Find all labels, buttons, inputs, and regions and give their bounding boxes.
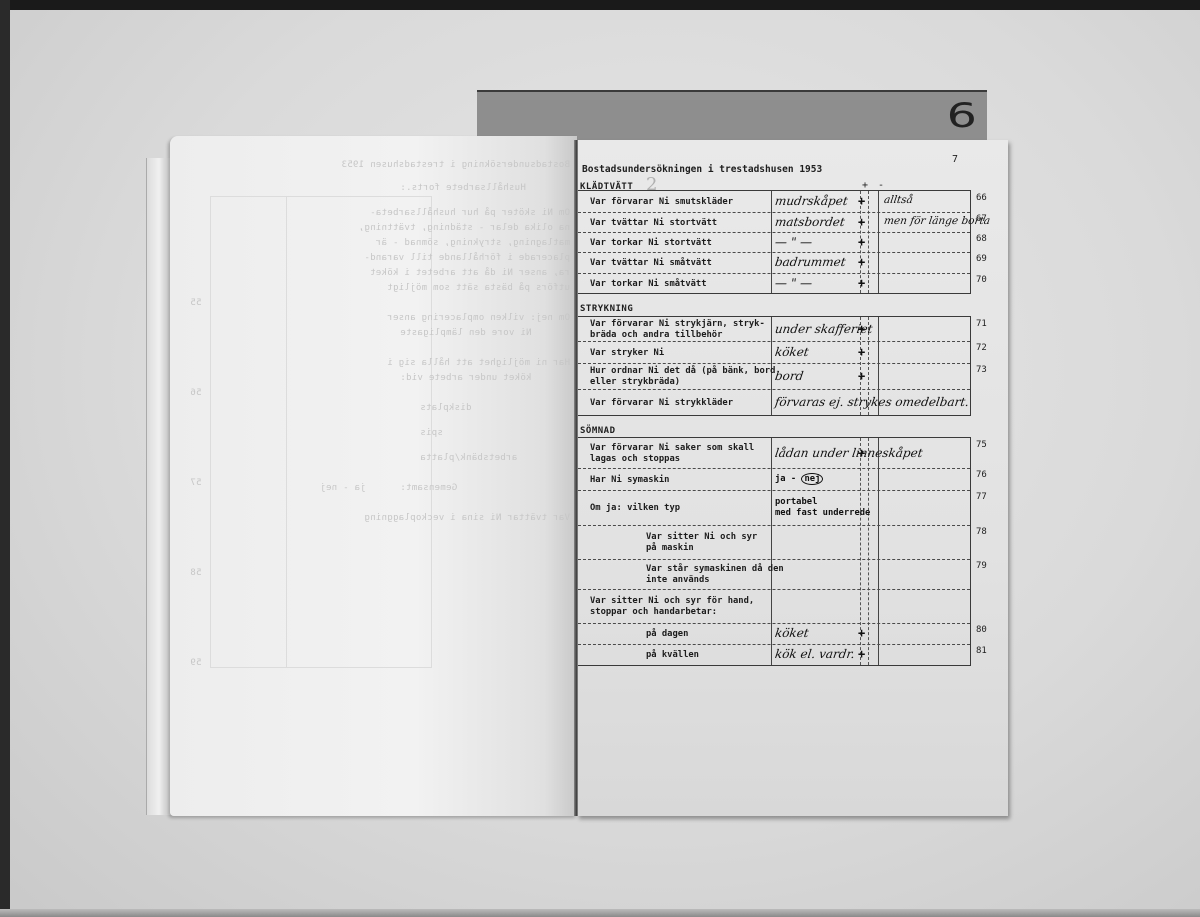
ghost-line: Hushållsarbete forts.: — [400, 181, 570, 196]
form-row: Var förvarar Ni saker som skall lagas oc… — [578, 438, 970, 469]
plus-mark: + — [858, 446, 865, 460]
question-text: Var sitter Ni och syr på maskin — [646, 532, 757, 554]
row-number: 79 — [976, 561, 987, 571]
handwritten-answer: — " — — [774, 235, 813, 249]
form-row: på dagenköket+80 — [578, 623, 970, 645]
typed-answer: ja - nej — [775, 474, 823, 485]
form-table: Var förvarar Ni smutsklädermudrskåpet+al… — [578, 190, 971, 294]
plus-mark: + — [858, 276, 865, 290]
row-number: 68 — [976, 234, 987, 244]
ghost-row-number: 57 — [190, 476, 201, 491]
form-row: på kvällenkök el. vardr.+81 — [578, 644, 970, 665]
form-row: Var förvarar Ni strykkläderförvaras ej. … — [578, 389, 970, 415]
ghost-table-column — [210, 196, 287, 668]
handwritten-remark: alltså — [883, 194, 914, 206]
ghost-line: Om nej: vilken omplacering anser — [400, 311, 570, 326]
negative-plate-edge-left — [0, 0, 10, 917]
page-number: 7 — [952, 154, 958, 165]
question-text: Var förvarar Ni saker som skall lagas oc… — [590, 443, 754, 465]
row-number: 66 — [976, 193, 987, 203]
row-number: 73 — [976, 365, 987, 375]
form-row: Var förvarar Ni smutsklädermudrskåpet+al… — [578, 191, 970, 213]
handwritten-answer: köket — [774, 345, 810, 359]
handwritten-answer: förvaras ej. strykes omedelbart. — [774, 395, 970, 409]
plus-mark: + — [858, 647, 865, 661]
question-text: Var tvättar Ni stortvätt — [590, 218, 717, 229]
circled-answer: nej — [801, 473, 823, 485]
handwritten-answer: köket — [774, 626, 810, 640]
ghost-line: matlagning, strykning, sömnad - är — [400, 236, 570, 251]
ghost-line: spis — [420, 426, 590, 441]
plus-mark: + — [858, 194, 865, 208]
handwritten-answer: lådan under linneskåpet — [774, 446, 924, 460]
question-text: Hur ordnar Ni det då (på bänk, bord elle… — [590, 366, 775, 388]
ghost-row-number: 56 — [190, 386, 201, 401]
question-text: på kvällen — [646, 650, 699, 661]
form-table: Var förvarar Ni strykjärn, stryk- bräda … — [578, 316, 971, 416]
form-row: Var torkar Ni småtvätt— " —+70 — [578, 273, 970, 293]
ghost-line: ra, anser Ni då att arbetet i köket — [400, 266, 570, 281]
question-text: Har Ni symaskin — [590, 475, 669, 486]
ghost-row-number: 55 — [190, 296, 201, 311]
form-row: Om ja: vilken typportabel med fast under… — [578, 490, 970, 526]
plus-mark: + — [858, 369, 865, 383]
question-text: Var förvarar Ni strykjärn, stryk- bräda … — [590, 319, 765, 341]
handwritten-answer: badrummet — [774, 255, 847, 269]
plus-mark: + — [858, 322, 865, 336]
row-number: 69 — [976, 254, 987, 264]
question-text: Var står symaskinen då den inte används — [646, 564, 784, 586]
form-row: Var tvättar Ni småtvättbadrummet+69 — [578, 252, 970, 274]
handwritten-answer: bord — [774, 369, 804, 383]
question-text: Var förvarar Ni strykkläder — [590, 398, 733, 409]
question-text: Var förvarar Ni smutskläder — [590, 197, 733, 208]
form-table: Var förvarar Ni saker som skall lagas oc… — [578, 437, 971, 666]
section-title: SÖMNAD — [580, 426, 616, 436]
handwritten-answer: — " — — [774, 276, 813, 290]
negative-plate-edge-top — [0, 0, 1200, 10]
ghost-line: arbetsbänk/platta — [420, 451, 590, 466]
ghost-line: Bostadsundersökning i trestadshusen 1953 — [400, 158, 570, 173]
row-number: 80 — [976, 625, 987, 635]
ghost-line: Gemensamt: — [400, 481, 570, 496]
ghost-line: diskplats — [420, 401, 590, 416]
right-page: 7 Bostadsundersökningen i trestadshusen … — [577, 140, 1008, 816]
question-text: på dagen — [646, 629, 688, 640]
question-text: Var torkar Ni småtvätt — [590, 279, 707, 290]
ghost-line: köket under arbete vid: — [400, 371, 570, 386]
plus-mark: + — [858, 626, 865, 640]
row-number: 81 — [976, 646, 987, 656]
plus-mark: + — [858, 215, 865, 229]
handwritten-answer: matsbordet — [774, 215, 846, 229]
row-number: 77 — [976, 492, 987, 502]
plus-mark: + — [858, 255, 865, 269]
ghost-answer: ja - nej — [320, 481, 366, 496]
ghost-line: placerade i förhållande till varand- — [400, 251, 570, 266]
row-number: 72 — [976, 343, 987, 353]
handwritten-remark: men för länge borta — [883, 215, 991, 227]
row-number: 70 — [976, 275, 987, 285]
question-text: Om ja: vilken typ — [590, 503, 680, 514]
form-row: Var tvättar Ni stortvättmatsbordet+men f… — [578, 212, 970, 233]
form-row: Var förvarar Ni strykjärn, stryk- bräda … — [578, 317, 970, 342]
question-text: Var tvättar Ni småtvätt — [590, 258, 712, 269]
section-title: STRYKNING — [580, 304, 633, 314]
form-row: Hur ordnar Ni det då (på bänk, bord elle… — [578, 363, 970, 390]
question-text: Var torkar Ni stortvätt — [590, 238, 712, 249]
form-row: Har Ni symaskinja - nej76 — [578, 468, 970, 491]
question-text: Var sitter Ni och syr för hand, stoppar … — [590, 596, 754, 618]
form-row: Var stryker Niköket+72 — [578, 341, 970, 364]
left-page: Bostadsundersökning i trestadshusen 1953… — [170, 136, 577, 816]
row-number: 71 — [976, 319, 987, 329]
form-row: Var sitter Ni och syr för hand, stoppar … — [578, 589, 970, 624]
row-number: 78 — [976, 527, 987, 537]
ghost-line: Ni vore den lämpligaste — [400, 326, 570, 341]
form-row: Var står symaskinen då den inte används7… — [578, 559, 970, 590]
plus-mark: + — [858, 345, 865, 359]
question-text: Var stryker Ni — [590, 348, 664, 359]
ghost-line: na olika delar - städning, tvättning, — [400, 221, 570, 236]
row-number: 67 — [976, 214, 987, 224]
handwritten-answer: kök el. vardr. — [774, 647, 856, 661]
ghost-line: Om Ni sköter på hur hushållsarbeta- — [400, 206, 570, 221]
typed-answer: portabel med fast underrede — [775, 497, 870, 519]
folder-tab-mark: 6 — [947, 96, 977, 136]
plus-mark: + — [858, 235, 865, 249]
form-row: Var torkar Ni stortvätt— " —+68 — [578, 232, 970, 253]
ghost-row-number: 59 — [190, 656, 201, 671]
row-number: 75 — [976, 440, 987, 450]
ghost-row-number: 58 — [190, 566, 201, 581]
page-header: Bostadsundersökningen i trestadshusen 19… — [582, 164, 822, 175]
negative-plate-edge-bottom — [0, 909, 1200, 917]
form-row: Var sitter Ni och syr på maskin78 — [578, 525, 970, 560]
row-number: 76 — [976, 470, 987, 480]
ghost-line: Har ni möjlighet att hålla sig i — [400, 356, 570, 371]
handwritten-answer: mudrskåpet — [774, 194, 849, 208]
ghost-line: utförs på bästa sätt som möjligt — [400, 281, 570, 296]
ghost-line: Var tvättar Ni sina i veckoplaggning — [400, 511, 570, 526]
